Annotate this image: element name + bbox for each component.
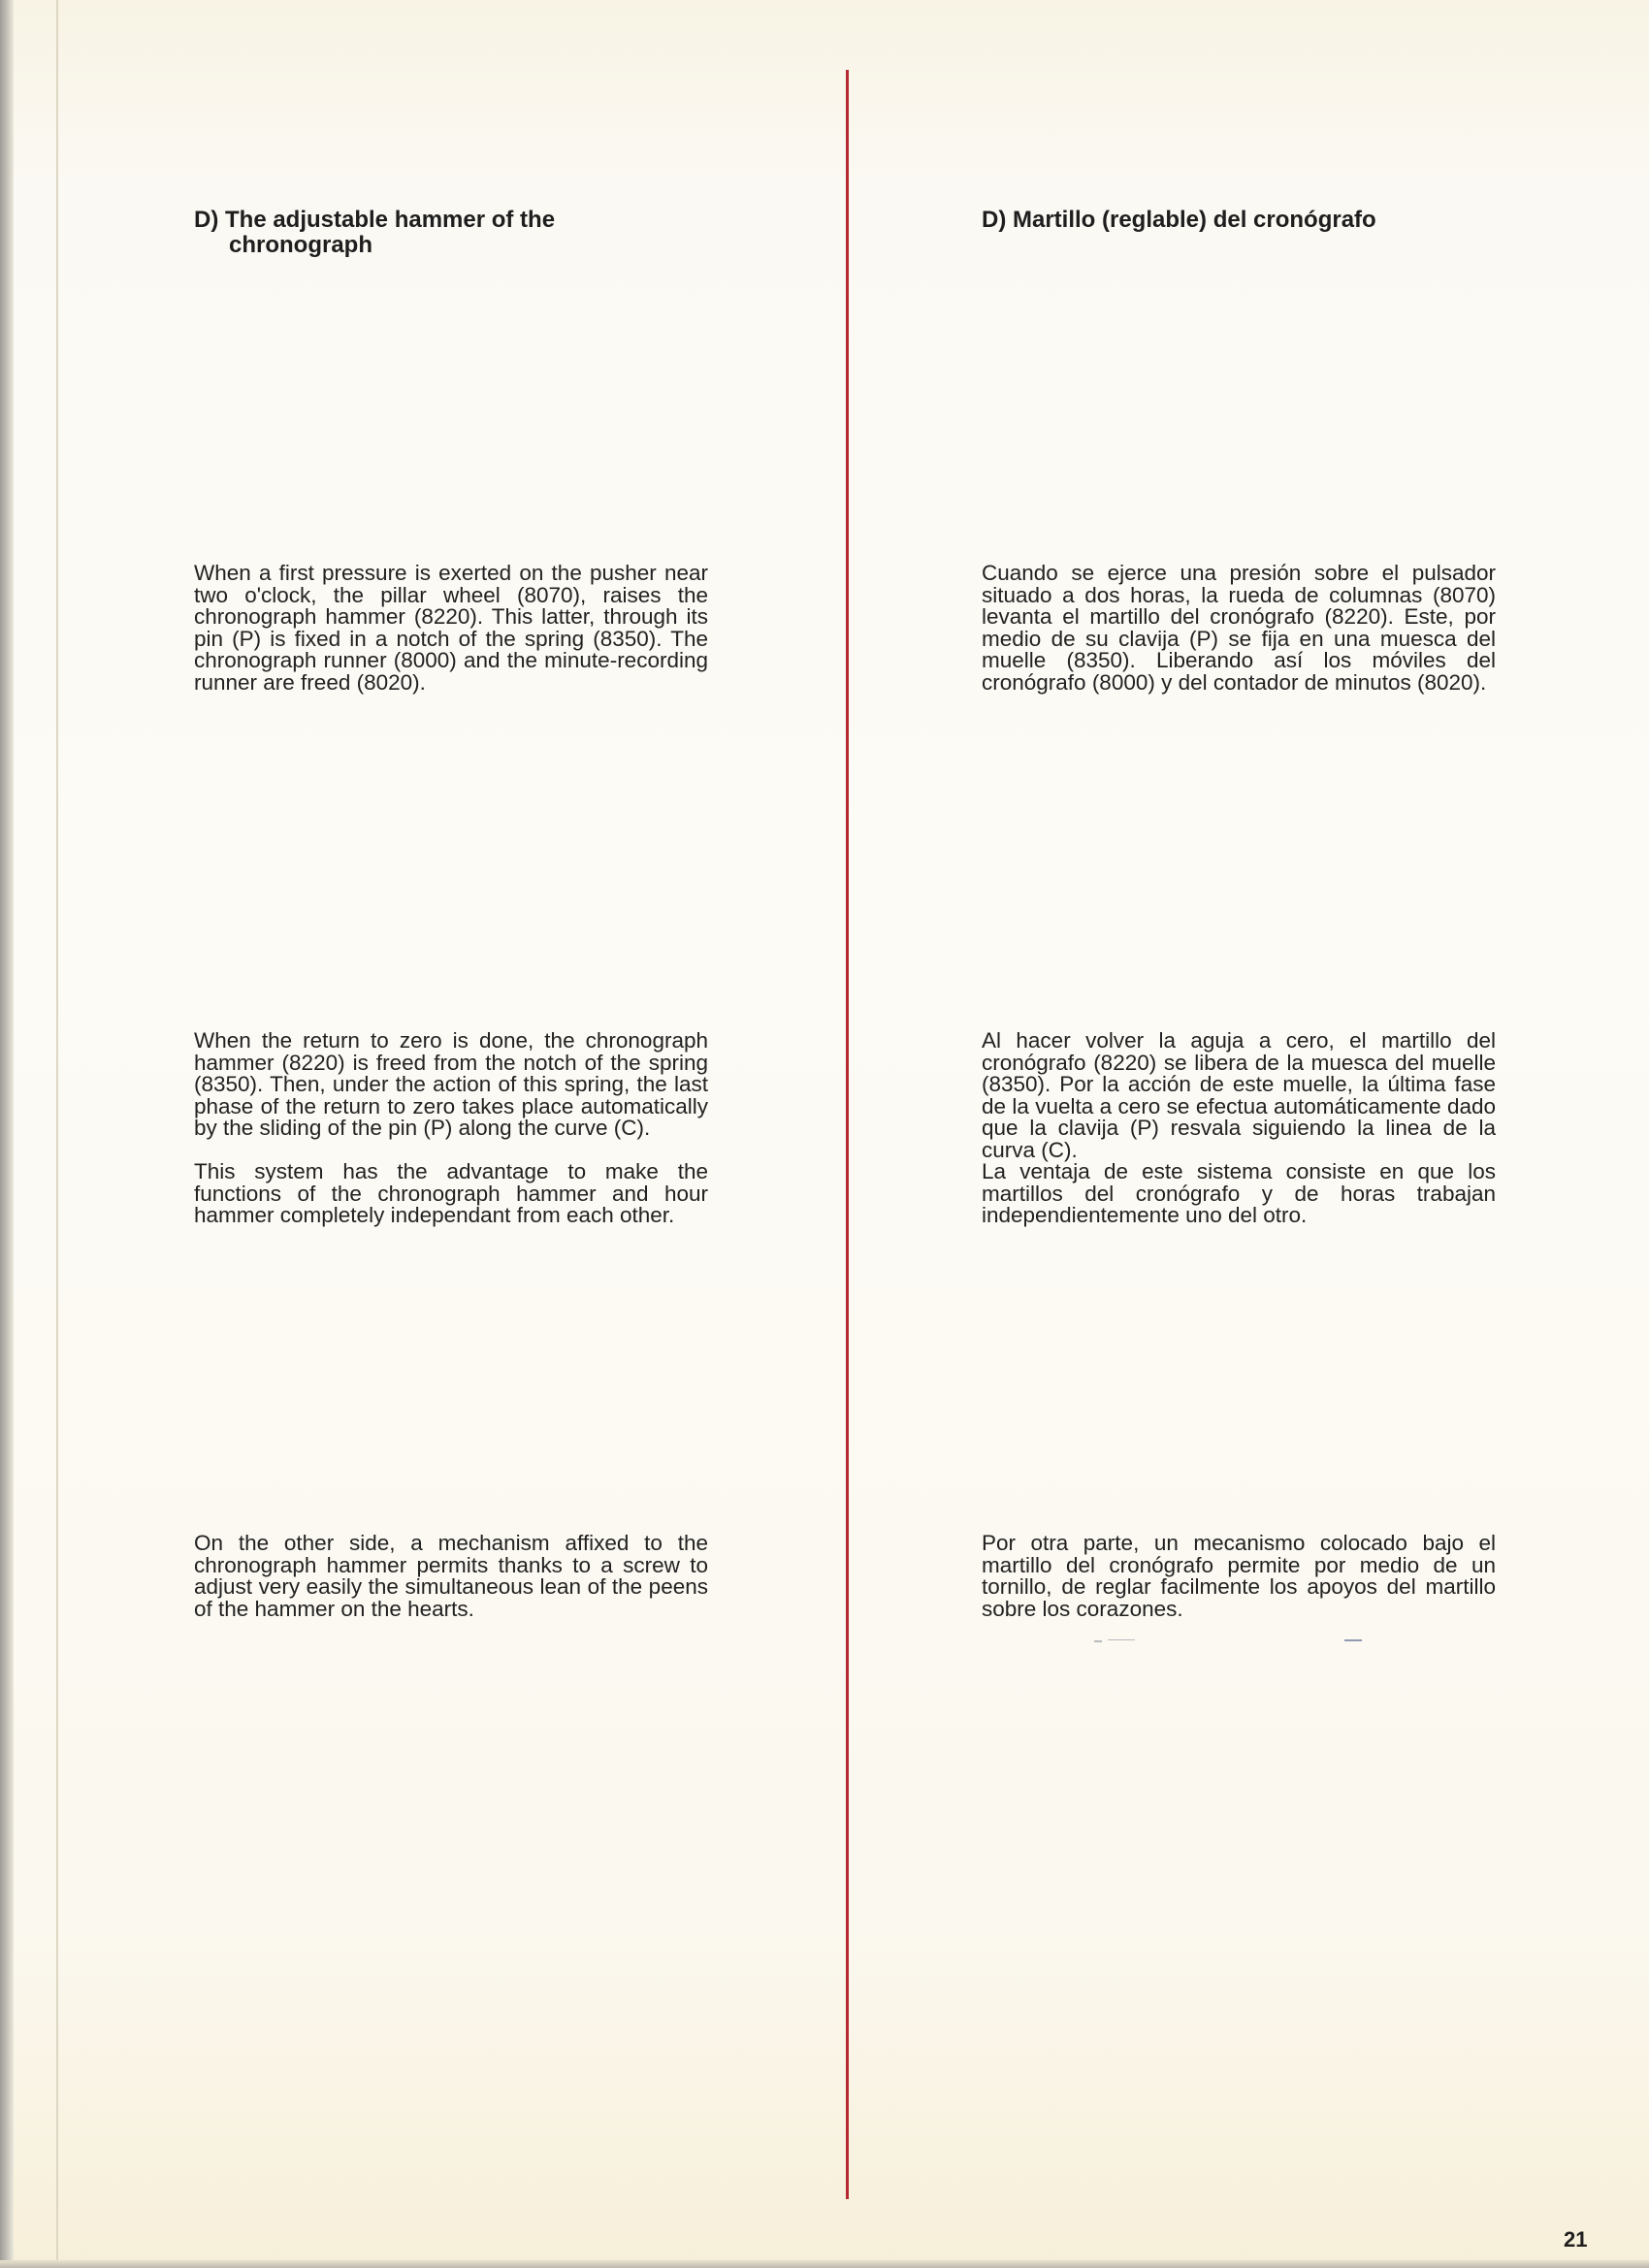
- column-divider: [846, 70, 849, 2199]
- english-paragraph-4: On the other side, a mechanism affixed t…: [194, 1533, 708, 1620]
- scanned-page: D) The adjustable hammer of the chronogr…: [0, 0, 1649, 2268]
- pen-mark: [1344, 1639, 1362, 1641]
- page-bottom-edge: [0, 2260, 1649, 2268]
- pen-mark: [1094, 1640, 1102, 1642]
- spanish-paragraph-4: Por otra parte, un mecanismo colocado ba…: [982, 1533, 1496, 1620]
- spanish-paragraph-1: Cuando se ejerce una presión sobre el pu…: [982, 563, 1496, 694]
- binding-edge: [56, 0, 58, 2268]
- english-heading: D) The adjustable hammer of the chronogr…: [194, 208, 640, 258]
- english-paragraph-3: This system has the advantage to make th…: [194, 1161, 708, 1227]
- english-heading-line1: D) The adjustable hammer of the: [194, 207, 555, 233]
- english-paragraph-1: When a first pressure is exerted on the …: [194, 563, 708, 694]
- spanish-paragraph-3: La ventaja de este sistema consiste en q…: [982, 1161, 1496, 1227]
- english-paragraph-2: When the return to zero is done, the chr…: [194, 1030, 708, 1140]
- page-number: 21: [1564, 2227, 1587, 2252]
- spanish-heading: D) Martillo (reglable) del cronógrafo: [982, 208, 1486, 233]
- english-heading-line2: chronograph: [194, 233, 640, 258]
- binding-shadow: [0, 0, 14, 2268]
- spanish-paragraph-2: Al hacer volver la aguja a cero, el mart…: [982, 1030, 1496, 1161]
- pen-mark: [1108, 1639, 1135, 1640]
